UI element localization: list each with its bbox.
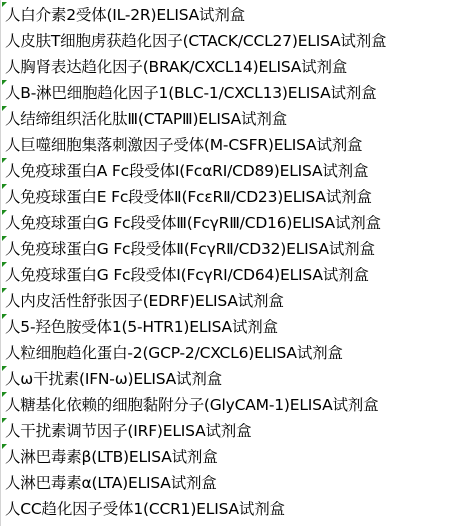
cell-text: 人ω干扰素(IFN-ω)ELISA试剂盒 [5, 370, 222, 388]
cell-text: 人免疫球蛋白A Fc段受体Ⅰ(FcαRⅠ/CD89)ELISA试剂盒 [5, 162, 368, 180]
error-indicator-icon[interactable] [2, 444, 7, 449]
error-indicator-icon[interactable] [2, 288, 7, 293]
cell-text: 人淋巴毒素β(LTB)ELISA试剂盒 [5, 448, 218, 466]
cell-text: 人干扰素调节因子(IRF)ELISA试剂盒 [5, 422, 251, 440]
error-indicator-icon[interactable] [2, 158, 7, 163]
error-indicator-icon[interactable] [2, 392, 7, 397]
cell-row-20[interactable]: 人CC趋化因子受体1(CCR1)ELISA试剂盒 [2, 496, 466, 522]
cell-row-4[interactable]: 人B-淋巴细胞趋化因子1(BLC-1/CXCL13)ELISA试剂盒 [2, 80, 466, 106]
cell-row-9[interactable]: 人免疫球蛋白G Fc段受体Ⅲ(FcγRⅢ/CD16)ELISA试剂盒 [2, 210, 466, 236]
cell-text: 人淋巴毒素α(LTA)ELISA试剂盒 [5, 474, 217, 492]
cell-text: 人5-羟色胺受体1(5-HTR1)ELISA试剂盒 [5, 318, 278, 336]
cell-row-1[interactable]: 人白介素2受体(IL-2R)ELISA试剂盒 [2, 2, 466, 28]
error-indicator-icon[interactable] [2, 184, 7, 189]
cell-row-19[interactable]: 人淋巴毒素α(LTA)ELISA试剂盒 [2, 470, 466, 496]
cell-row-8[interactable]: 人免疫球蛋白E Fc段受体Ⅱ(FcεRⅡ/CD23)ELISA试剂盒 [2, 184, 466, 210]
cell-text: 人胸肾表达趋化因子(BRAK/CXCL14)ELISA试剂盒 [5, 58, 347, 76]
error-indicator-icon[interactable] [2, 2, 7, 7]
cell-row-10[interactable]: 人免疫球蛋白G Fc段受体Ⅱ(FcγRⅡ/CD32)ELISA试剂盒 [2, 236, 466, 262]
error-indicator-icon[interactable] [2, 210, 7, 215]
cell-row-11[interactable]: 人免疫球蛋白G Fc段受体Ⅰ(FcγRⅠ/CD64)ELISA试剂盒 [2, 262, 466, 288]
cell-row-15[interactable]: 人ω干扰素(IFN-ω)ELISA试剂盒 [2, 366, 466, 392]
cell-text: 人内皮活性舒张因子(EDRF)ELISA试剂盒 [5, 292, 284, 310]
cell-text: 人免疫球蛋白E Fc段受体Ⅱ(FcεRⅡ/CD23)ELISA试剂盒 [5, 188, 372, 206]
error-indicator-icon[interactable] [2, 314, 7, 319]
cell-row-7[interactable]: 人免疫球蛋白A Fc段受体Ⅰ(FcαRⅠ/CD89)ELISA试剂盒 [2, 158, 466, 184]
cell-text: 人糖基化依赖的细胞黏附分子(GlyCAM-1)ELISA试剂盒 [5, 396, 378, 414]
cell-text: 人B-淋巴细胞趋化因子1(BLC-1/CXCL13)ELISA试剂盒 [5, 84, 376, 102]
cell-text: 人免疫球蛋白G Fc段受体Ⅲ(FcγRⅢ/CD16)ELISA试剂盒 [5, 214, 381, 232]
cell-text: 人白介素2受体(IL-2R)ELISA试剂盒 [5, 6, 245, 24]
error-indicator-icon[interactable] [2, 366, 7, 371]
cell-row-13[interactable]: 人5-羟色胺受体1(5-HTR1)ELISA试剂盒 [2, 314, 466, 340]
error-indicator-icon[interactable] [2, 236, 7, 241]
cell-row-18[interactable]: 人淋巴毒素β(LTB)ELISA试剂盒 [2, 444, 466, 470]
error-indicator-icon[interactable] [2, 106, 7, 111]
cell-row-5[interactable]: 人结缔组织活化肽Ⅲ(CTAPⅢ)ELISA试剂盒 [2, 106, 466, 132]
spreadsheet-column: 人白介素2受体(IL-2R)ELISA试剂盒 人皮肤T细胞虏获趋化因子(CTAC… [0, 0, 466, 526]
cell-text: 人粒细胞趋化蛋白-2(GCP-2/CXCL6)ELISA试剂盒 [5, 344, 343, 362]
cell-text: 人巨噬细胞集落刺激因子受体(M-CSFR)ELISA试剂盒 [5, 136, 362, 154]
cell-row-12[interactable]: 人内皮活性舒张因子(EDRF)ELISA试剂盒 [2, 288, 466, 314]
cell-text: 人皮肤T细胞虏获趋化因子(CTACK/CCL27)ELISA试剂盒 [5, 32, 386, 50]
cell-text: 人免疫球蛋白G Fc段受体Ⅰ(FcγRⅠ/CD64)ELISA试剂盒 [5, 266, 369, 284]
cell-text: 人结缔组织活化肽Ⅲ(CTAPⅢ)ELISA试剂盒 [5, 110, 287, 128]
cell-text: 人免疫球蛋白G Fc段受体Ⅱ(FcγRⅡ/CD32)ELISA试剂盒 [5, 240, 375, 258]
cell-row-16[interactable]: 人糖基化依赖的细胞黏附分子(GlyCAM-1)ELISA试剂盒 [2, 392, 466, 418]
cell-row-17[interactable]: 人干扰素调节因子(IRF)ELISA试剂盒 [2, 418, 466, 444]
error-indicator-icon[interactable] [2, 80, 7, 85]
error-indicator-icon[interactable] [2, 262, 7, 267]
cell-row-3[interactable]: 人胸肾表达趋化因子(BRAK/CXCL14)ELISA试剂盒 [2, 54, 466, 80]
cell-row-2[interactable]: 人皮肤T细胞虏获趋化因子(CTACK/CCL27)ELISA试剂盒 [2, 28, 466, 54]
cell-row-14[interactable]: 人粒细胞趋化蛋白-2(GCP-2/CXCL6)ELISA试剂盒 [2, 340, 466, 366]
error-indicator-icon[interactable] [2, 418, 7, 423]
cell-row-6[interactable]: 人巨噬细胞集落刺激因子受体(M-CSFR)ELISA试剂盒 [2, 132, 466, 158]
cell-text: 人CC趋化因子受体1(CCR1)ELISA试剂盒 [5, 500, 285, 518]
